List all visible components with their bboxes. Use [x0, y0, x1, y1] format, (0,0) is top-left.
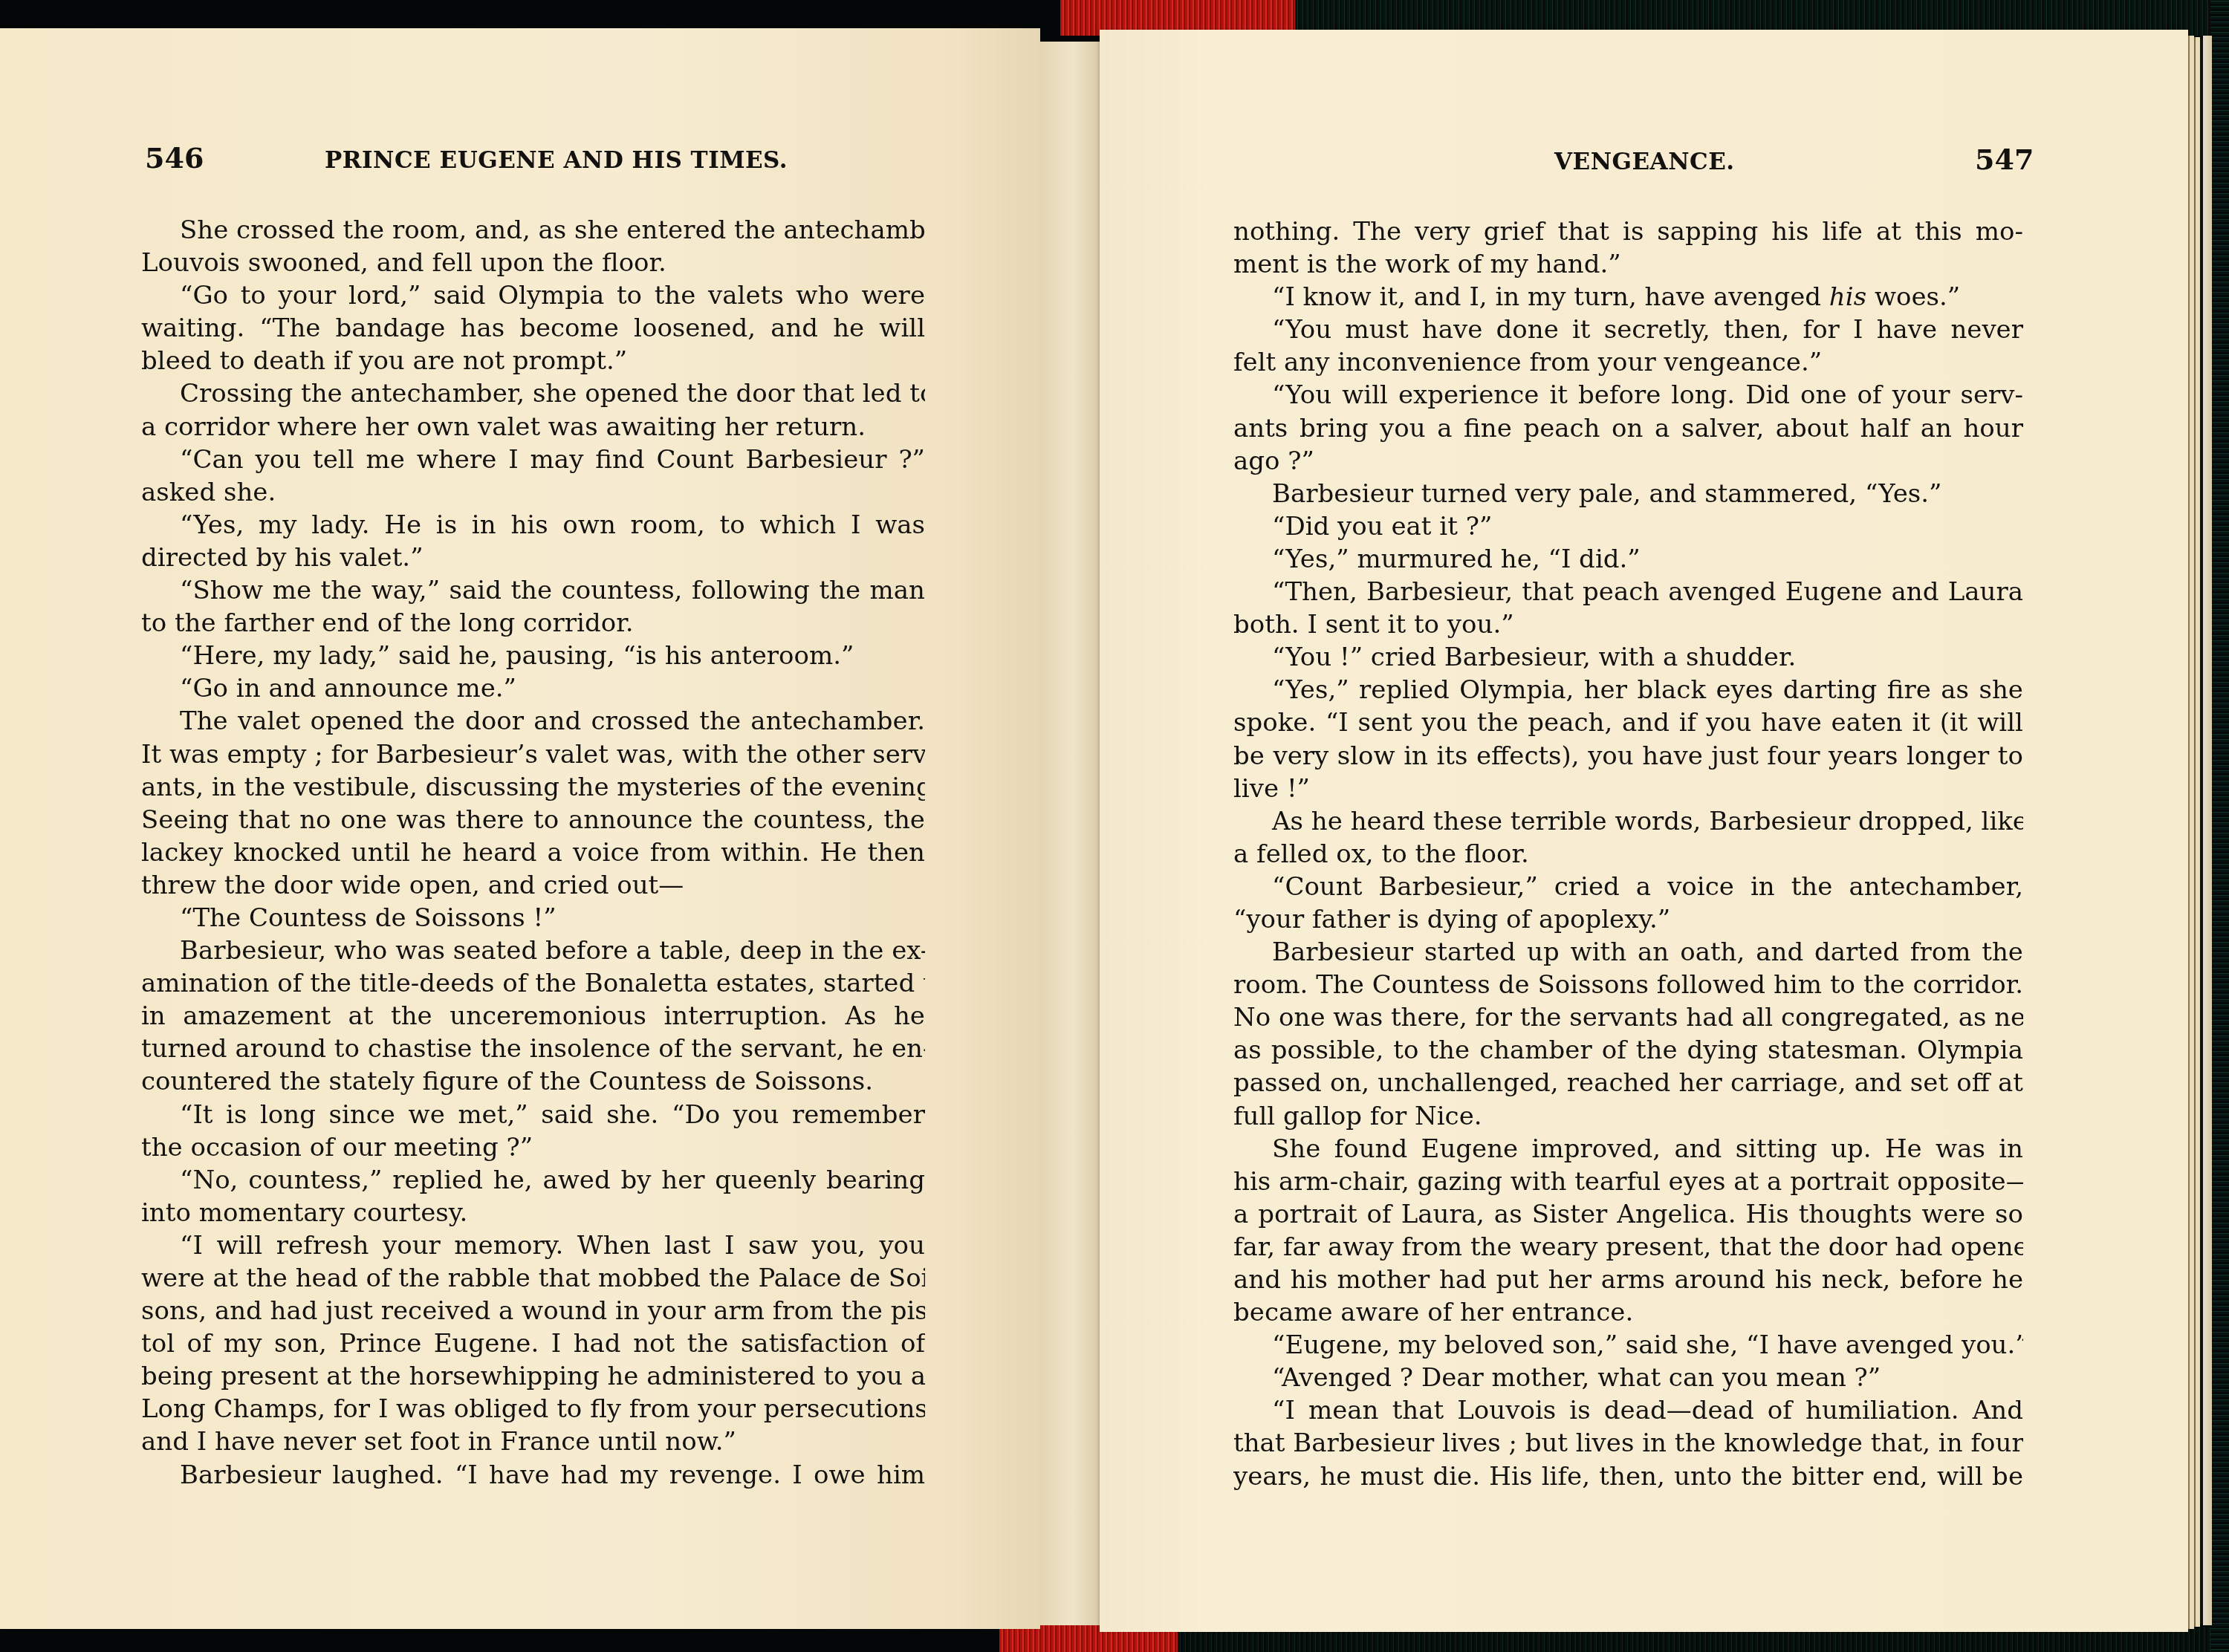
text-line: “I know it, and I, in my turn, have aven…: [1233, 281, 2023, 313]
text-line: “I will refresh your memory. When last I…: [141, 1229, 925, 1262]
text-line: “Count Barbesieur,” cried a voice in the…: [1233, 871, 2023, 903]
text-line: Barbesieur, who was seated before a tabl…: [141, 934, 925, 967]
text-line: “Show me the way,” said the countess, fo…: [141, 574, 925, 607]
page-stack-edge: [2188, 36, 2194, 1629]
text-line: sons, and had just received a wound in y…: [141, 1295, 925, 1327]
running-head-left: PRINCE EUGENE AND HIS TIMES.: [325, 147, 788, 174]
book-gutter: [1040, 42, 1100, 1625]
text-line: ants bring you a fine peach on a salver,…: [1233, 412, 2023, 445]
text-line: became aware of her entrance.: [1233, 1296, 2023, 1329]
text-line: as possible, to the chamber of the dying…: [1233, 1034, 2023, 1067]
text-line: years, he must die. His life, then, unto…: [1233, 1460, 2023, 1493]
text-line: Louvois swooned, and fell upon the floor…: [141, 247, 925, 279]
text-line: Barbesieur turned very pale, and stammer…: [1233, 478, 2023, 510]
page-stack-edge: [2194, 37, 2200, 1627]
text-line: tol of my son, Prince Eugene. I had not …: [141, 1327, 925, 1360]
text-line: a portrait of Laura, as Sister Angelica.…: [1233, 1198, 2023, 1231]
text-line: ants, in the vestibule, discussing the m…: [141, 771, 925, 804]
text-line: No one was there, for the servants had a…: [1233, 1001, 2023, 1034]
text-line: live !”: [1233, 773, 2023, 805]
text-line: She crossed the room, and, as she entere…: [141, 214, 925, 247]
text-line: Barbesieur started up with an oath, and …: [1233, 936, 2023, 969]
text-line: his arm-chair, gazing with tearful eyes …: [1233, 1165, 2023, 1198]
text-line: in amazement at the unceremonious interr…: [141, 1000, 925, 1032]
text-line: “Here, my lady,” said he, pausing, “is h…: [141, 640, 925, 672]
text-line: “You will experience it before long. Did…: [1233, 379, 2023, 412]
text-line: Seeing that no one was there to announce…: [141, 804, 925, 836]
text-line: and I have never set foot in France unti…: [141, 1425, 925, 1458]
text-line: passed on, unchallenged, reached her car…: [1233, 1067, 2023, 1099]
text-line: ago ?”: [1233, 445, 2023, 478]
text-line: “Yes,” replied Olympia, her black eyes d…: [1233, 674, 2023, 706]
text-line: “Then, Barbesieur, that peach avenged Eu…: [1233, 576, 2023, 608]
text-line: the occasion of our meeting ?”: [141, 1131, 925, 1164]
text-line: “You !” cried Barbesieur, with a shudder…: [1233, 641, 2023, 674]
text-line: into momentary courtesy.: [141, 1197, 925, 1229]
text-line: nothing. The very grief that is sapping …: [1233, 215, 2023, 248]
text-line: “Avenged ? Dear mother, what can you mea…: [1233, 1362, 2023, 1394]
text-line: She found Eugene improved, and sitting u…: [1233, 1133, 2023, 1165]
text-line: amination of the title-deeds of the Bona…: [141, 967, 925, 1000]
cover-cloth-green-right: [2210, 0, 2229, 1652]
text-line: It was empty ; for Barbesieur’s valet wa…: [141, 738, 925, 771]
text-line: countered the stately figure of the Coun…: [141, 1065, 925, 1098]
text-line: be very slow in its effects), you have j…: [1233, 740, 2023, 773]
text-line: and his mother had put her arms around h…: [1233, 1264, 2023, 1296]
text-line: “It is long since we met,” said she. “Do…: [141, 1099, 925, 1131]
endpaper-edge: [2203, 36, 2212, 1625]
text-line: full gallop for Nice.: [1233, 1100, 2023, 1133]
page-number-right: 547: [1975, 143, 2034, 176]
text-line: As he heard these terrible words, Barbes…: [1233, 805, 2023, 838]
text-line: “your father is dying of apoplexy.”: [1233, 903, 2023, 936]
text-line: Barbesieur laughed. “I have had my reven…: [141, 1459, 925, 1492]
text-line: “The Countess de Soissons !”: [141, 902, 925, 934]
text-line: waiting. “The bandage has become loosene…: [141, 312, 925, 345]
text-line: that Barbesieur lives ; but lives in the…: [1233, 1427, 2023, 1460]
text-line: lackey knocked until he heard a voice fr…: [141, 836, 925, 869]
left-page: 546 PRINCE EUGENE AND HIS TIMES. She cro…: [0, 28, 1040, 1629]
text-line: both. I sent it to you.”: [1233, 608, 2023, 641]
text-line: “I mean that Louvois is dead—dead of hum…: [1233, 1394, 2023, 1427]
text-line: directed by his valet.”: [141, 542, 925, 574]
text-line: spoke. “I sent you the peach, and if you…: [1233, 706, 2023, 739]
text-line: ment is the work of my hand.”: [1233, 248, 2023, 281]
right-page-text: nothing. The very grief that is sapping …: [1233, 215, 2023, 1493]
text-line: “Yes,” murmured he, “I did.”: [1233, 543, 2023, 576]
text-line: “Go in and announce me.”: [141, 672, 925, 705]
running-head-right: VENGEANCE.: [1554, 149, 1735, 175]
text-line: “No, countess,” replied he, awed by her …: [141, 1164, 925, 1197]
text-line: The valet opened the door and crossed th…: [141, 705, 925, 738]
text-line: a corridor where her own valet was await…: [141, 411, 925, 443]
text-line: bleed to death if you are not prompt.”: [141, 345, 925, 377]
text-line: “Yes, my lady. He is in his own room, to…: [141, 509, 925, 542]
text-line: were at the head of the rabble that mobb…: [141, 1262, 925, 1295]
text-line: “You must have done it secretly, then, f…: [1233, 313, 2023, 346]
text-line: threw the door wide open, and cried out—: [141, 869, 925, 902]
text-line: Long Champs, for I was obliged to fly fr…: [141, 1393, 925, 1425]
text-line: a felled ox, to the floor.: [1233, 838, 2023, 871]
text-line: “Did you eat it ?”: [1233, 510, 2023, 543]
text-line: being present at the horsewhipping he ad…: [141, 1360, 925, 1393]
text-line: “Can you tell me where I may find Count …: [141, 443, 925, 476]
text-line: to the farther end of the long corridor.: [141, 607, 925, 640]
left-page-text: She crossed the room, and, as she entere…: [141, 214, 925, 1492]
text-line: felt any inconvenience from your vengean…: [1233, 346, 2023, 379]
text-line: room. The Countess de Soissons followed …: [1233, 969, 2023, 1001]
text-line: “Eugene, my beloved son,” said she, “I h…: [1233, 1329, 2023, 1362]
text-line: turned around to chastise the insolence …: [141, 1032, 925, 1065]
text-line: far, far away from the weary present, th…: [1233, 1231, 2023, 1264]
page-number-left: 546: [145, 141, 204, 175]
text-line: Crossing the antechamber, she opened the…: [141, 377, 925, 410]
text-line: “Go to your lord,” said Olympia to the v…: [141, 279, 925, 312]
right-page: VENGEANCE. 547 nothing. The very grief t…: [1100, 30, 2188, 1632]
text-line: asked she.: [141, 476, 925, 509]
